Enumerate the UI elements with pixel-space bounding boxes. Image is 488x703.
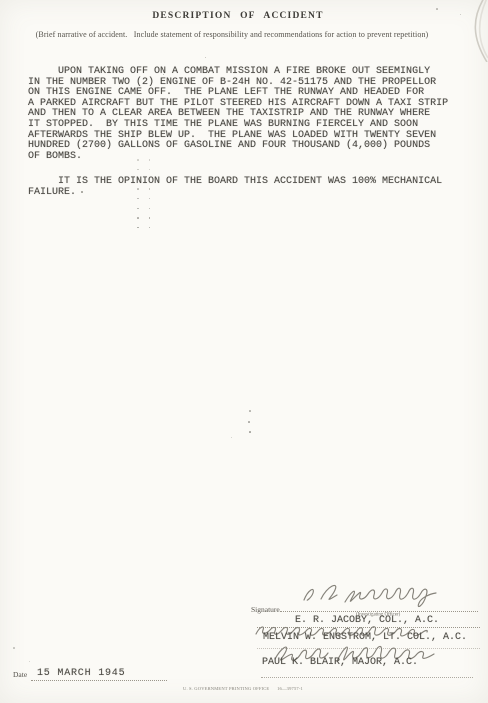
page-title: DESCRIPTION OF ACCIDENT <box>0 11 482 21</box>
scan-speck <box>149 227 151 229</box>
scan-speck <box>137 227 139 229</box>
scan-speck <box>149 188 151 190</box>
scan-speck <box>205 57 206 58</box>
narrative-paragraph-1: UPON TAKING OFF ON A COMBAT MISSION A FI… <box>28 67 448 162</box>
scan-speck <box>249 431 251 433</box>
jacoby-handwritten-signature <box>299 578 444 608</box>
printing-office-imprint: U. S. GOVERNMENT PRINTING OFFICE 16—3975… <box>183 687 350 692</box>
scan-speck <box>149 208 151 210</box>
scan-speck <box>137 198 139 200</box>
date-label: Date <box>13 670 27 679</box>
scan-speck <box>231 437 232 438</box>
narrative-paragraph-2: IT IS THE OPINION OF THE BOARD THIS ACCI… <box>28 177 442 198</box>
scan-speck <box>149 178 151 180</box>
scan-speck <box>137 159 139 161</box>
scan-speck <box>436 8 438 10</box>
scan-speck <box>149 159 151 161</box>
scan-speck <box>137 169 139 171</box>
scan-speck <box>137 188 139 190</box>
scan-speck <box>13 647 15 649</box>
officer-typed-name-blair: PAUL K. BLAIR, MAJOR, A.C. <box>262 657 418 668</box>
scan-speck <box>81 191 83 193</box>
scan-speck <box>248 421 250 423</box>
scan-speck <box>137 217 139 219</box>
date-value: 15 MARCH 1945 <box>37 668 125 679</box>
scan-speck <box>249 410 251 412</box>
scan-speck <box>137 178 139 180</box>
page-subtitle: (Brief narrative of accident. Include st… <box>0 30 476 39</box>
signature-rule-4 <box>261 677 473 678</box>
scan-speck <box>149 198 151 200</box>
scan-speck <box>149 169 151 171</box>
scan-speck <box>149 217 151 219</box>
accident-report-page: DESCRIPTION OF ACCIDENT (Brief narrative… <box>0 0 488 703</box>
date-rule <box>31 680 167 681</box>
scan-speck <box>137 208 139 210</box>
scan-speck <box>29 661 30 662</box>
signature-label: Signature <box>251 605 280 614</box>
